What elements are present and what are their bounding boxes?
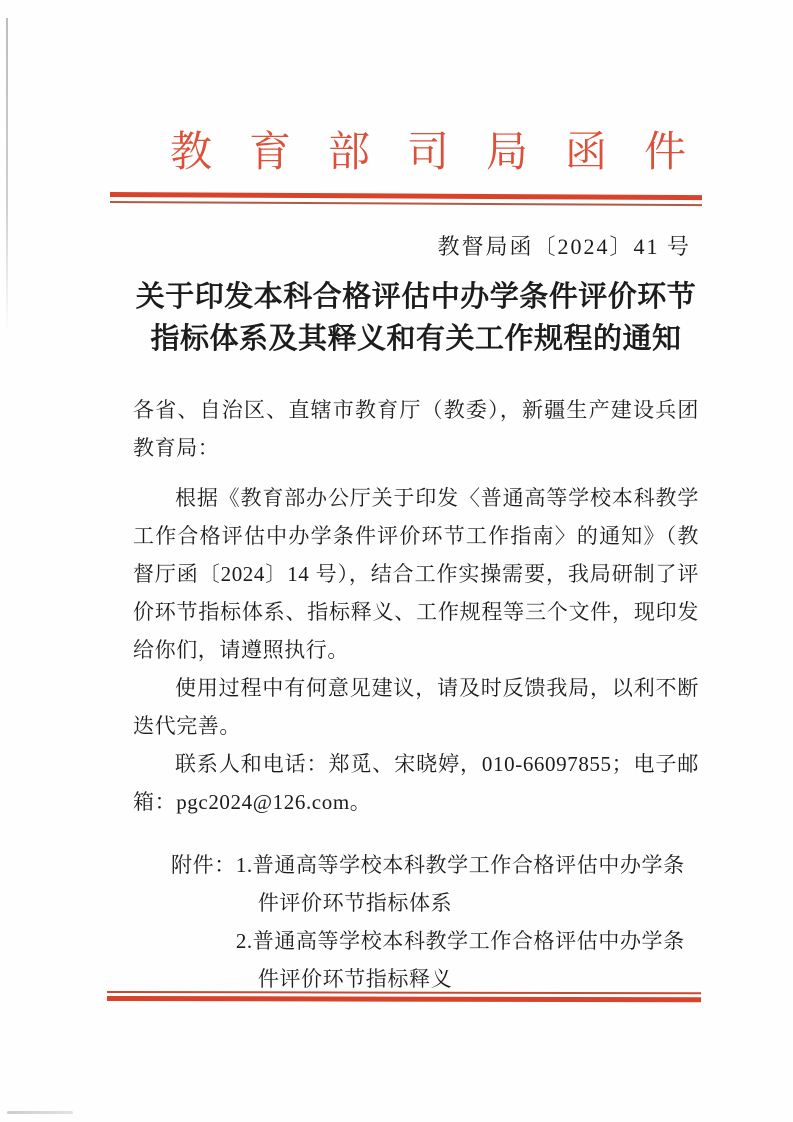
attachment-item-2: 2.普通高等学校本科教学工作合格评估中办学条 件评价环节指标释义 (236, 922, 699, 998)
document-content: 教育部司局函件 教督局函〔2024〕41 号 关于印发本科合格评估中办学条件评价… (133, 0, 699, 998)
notice-title-line2: 指标体系及其释义和有关工作规程的通知 (133, 318, 699, 360)
attachments-list: 1.普通高等学校本科教学工作合格评估中办学条 件评价环节指标体系 2.普通高等学… (236, 846, 699, 998)
body-paragraph-2: 使用过程中有何意见建议，请及时反馈我局，以利不断迭代完善。 (133, 669, 699, 745)
footer-rule-thin-line (107, 991, 701, 994)
scanned-official-letter-page: 教育部司局函件 教督局函〔2024〕41 号 关于印发本科合格评估中办学条件评价… (0, 0, 793, 1122)
attachment-item-1-line1: 1.普通高等学校本科教学工作合格评估中办学条 (236, 846, 699, 884)
document-number: 教督局函〔2024〕41 号 (133, 234, 699, 260)
footer-separator-rule (107, 991, 701, 1002)
notice-title-line1: 关于印发本科合格评估中办学条件评价环节 (133, 276, 699, 318)
body-paragraph-3: 联系人和电话：郑觅、宋晓婷，010-66097855；电子邮箱：pgc2024@… (133, 745, 699, 821)
attachment-item-2-line1: 2.普通高等学校本科教学工作合格评估中办学条 (236, 922, 699, 960)
attachments-block: 附件： 1.普通高等学校本科教学工作合格评估中办学条 件评价环节指标体系 2.普… (133, 846, 699, 998)
scan-smudge-artifact (7, 1111, 73, 1114)
attachment-item-1: 1.普通高等学校本科教学工作合格评估中办学条 件评价环节指标体系 (236, 846, 699, 922)
notice-title: 关于印发本科合格评估中办学条件评价环节 指标体系及其释义和有关工作规程的通知 (133, 276, 699, 360)
salutation: 各省、自治区、直辖市教育厅（教委），新疆生产建设兵团教育局： (133, 391, 699, 467)
attachment-item-1-line2: 件评价环节指标体系 (236, 884, 699, 922)
scan-edge-artifact (6, 18, 8, 333)
body-paragraph-1: 根据《教育部办公厅关于印发〈普通高等学校本科教学工作合格评估中办学条件评价环节工… (133, 479, 699, 669)
footer-rule-thick-line (107, 996, 701, 1002)
letterhead-title: 教育部司局函件 (133, 131, 699, 175)
attachments-label: 附件： (171, 846, 236, 998)
